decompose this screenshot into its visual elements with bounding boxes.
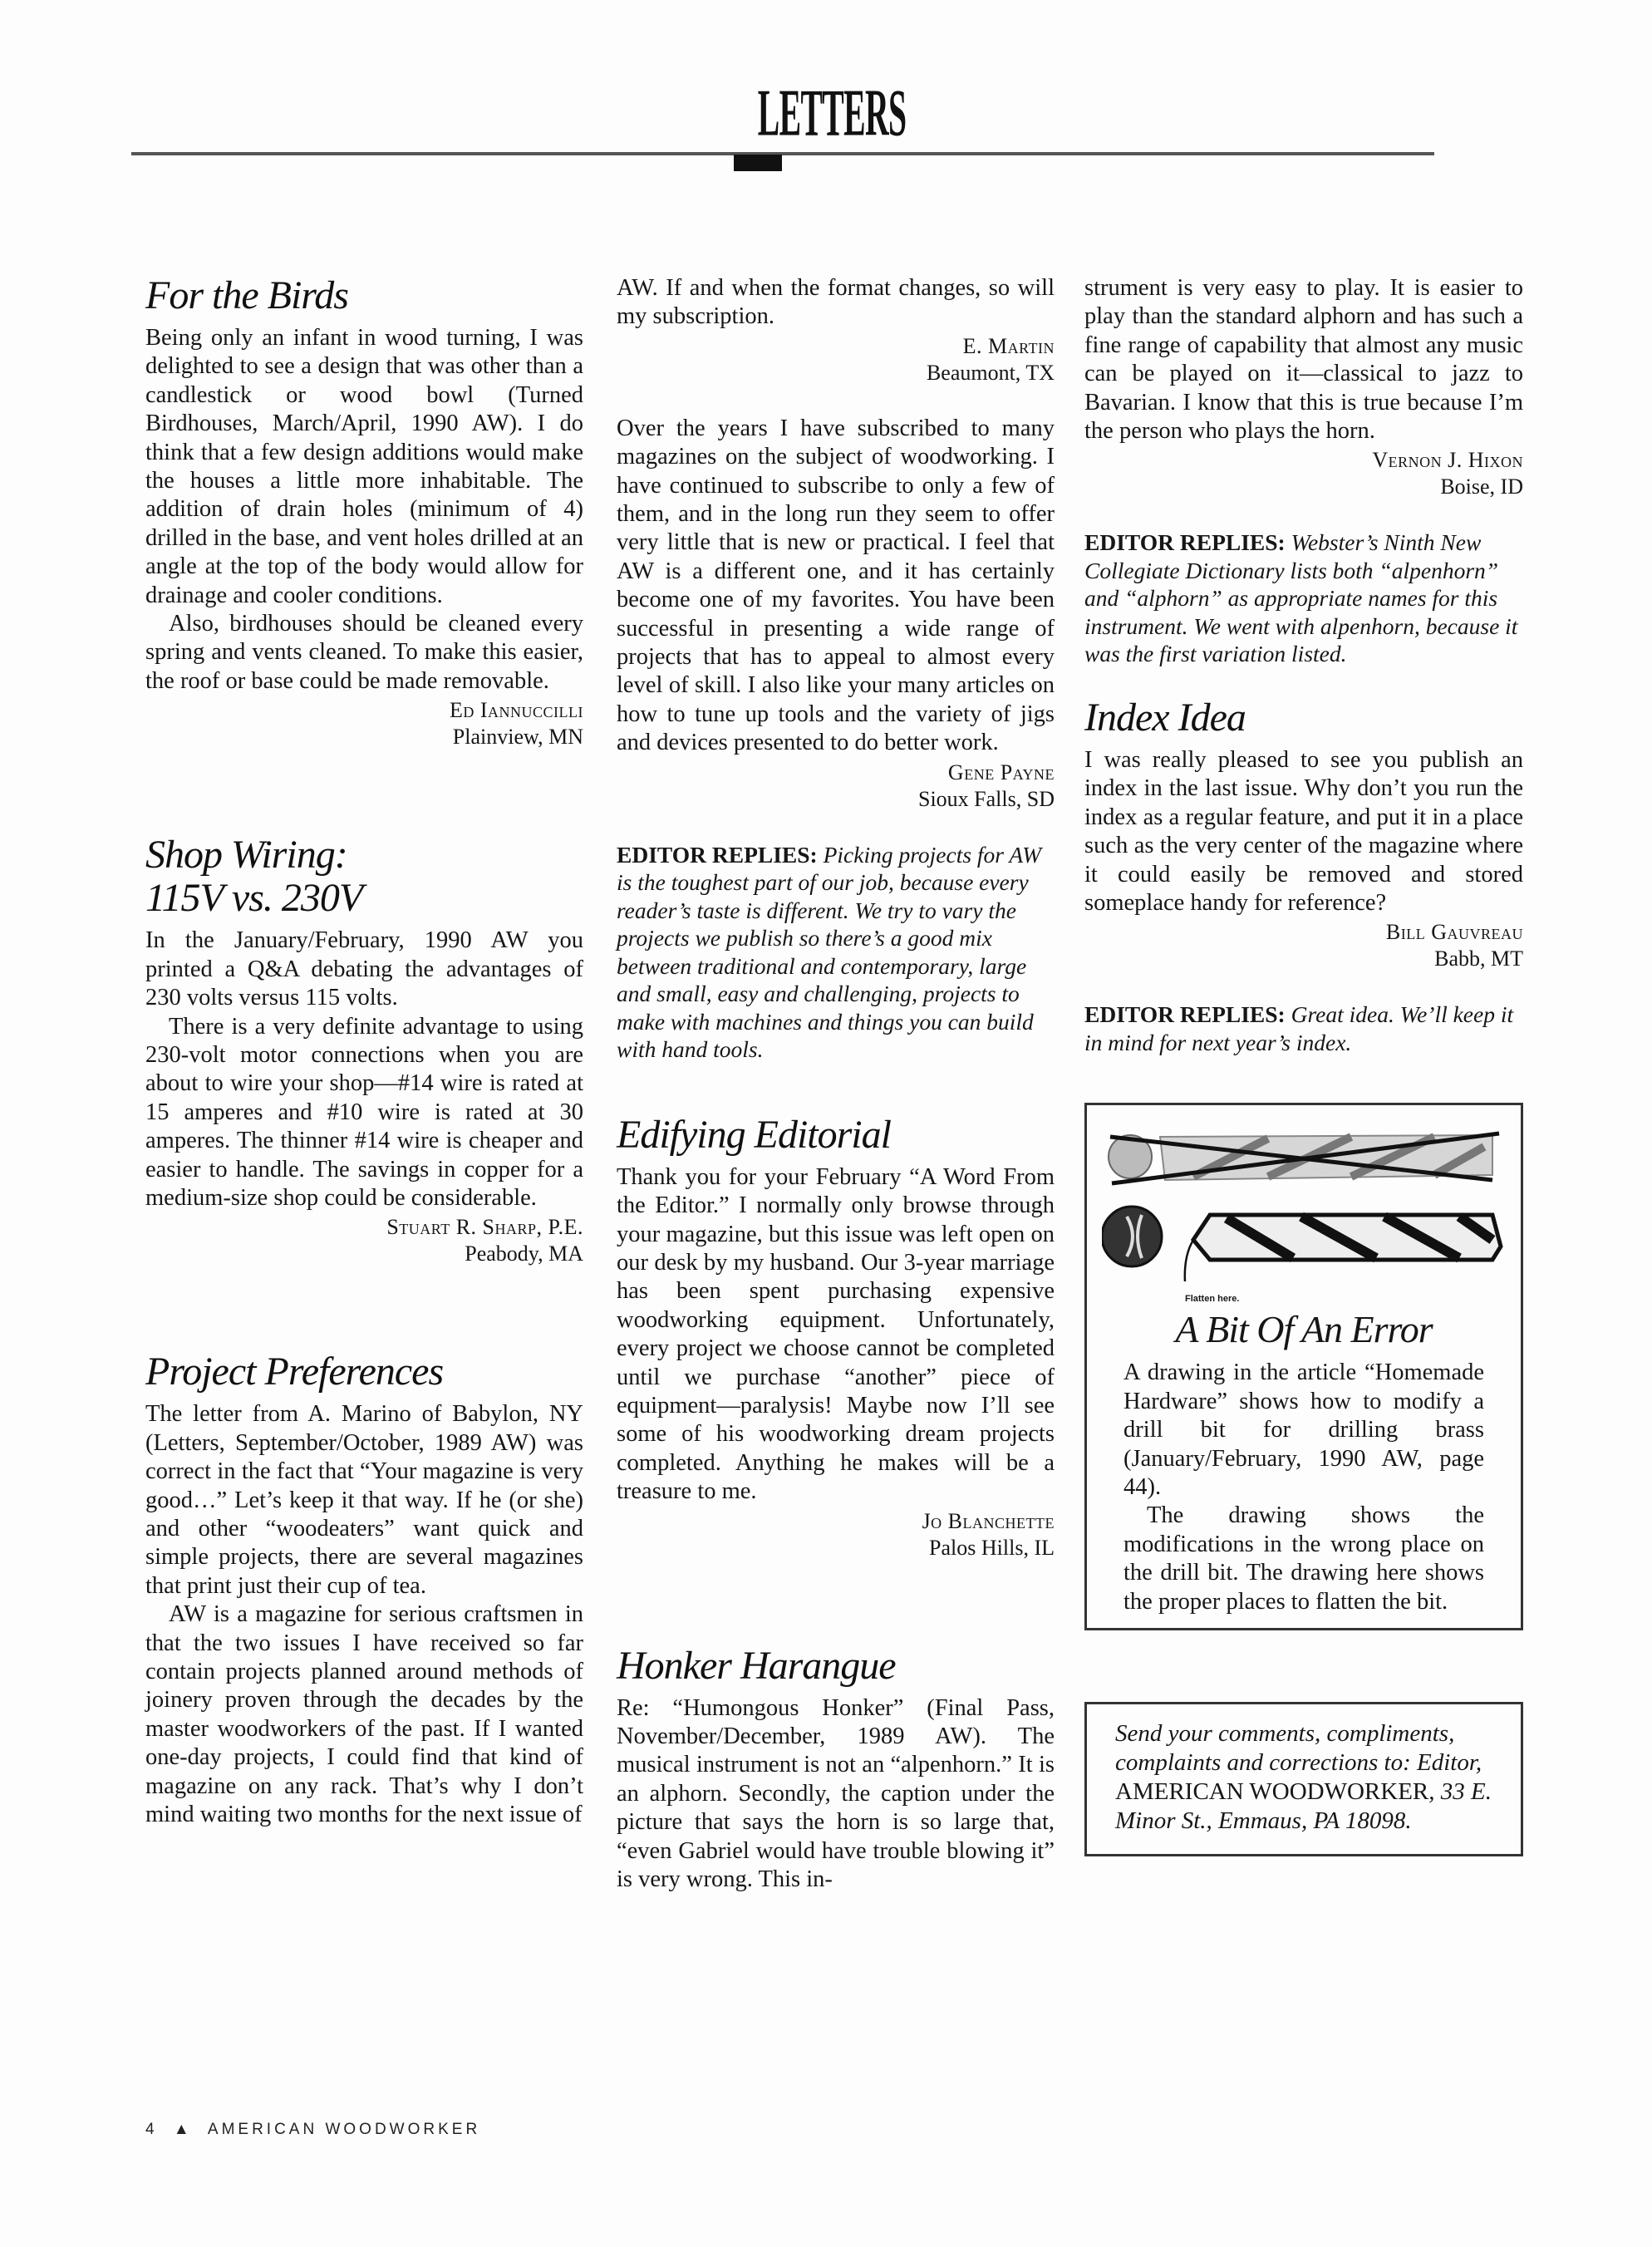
letter-paragraph: I was really pleased to see you publish … (1084, 746, 1523, 917)
author-location: Beaumont, TX (617, 360, 1055, 386)
author-location: Sioux Falls, SD (617, 786, 1055, 813)
erratum-paragraph: A drawing in the article “Homemade Hardw… (1102, 1359, 1506, 1502)
letter-edifying-editorial: Edifying Editorial Thank you for your Fe… (617, 1114, 1055, 1561)
author-name: Vernon J. Hixon (1084, 447, 1523, 474)
editor-reply: EDITOR REPLIES: Picking projects for AW … (617, 841, 1055, 1064)
author-name: Jo Blanchette (617, 1508, 1055, 1535)
masthead-rule-divider (131, 152, 1434, 155)
author-location: Palos Hills, IL (617, 1535, 1055, 1561)
letter-honker-harangue: Honker Harangue Re: “Humongous Honker” (… (617, 1645, 1055, 1895)
column-2: AW. If and when the format changes, so w… (617, 274, 1055, 1894)
letter-signature: Ed Iannuccilli Plainview, MN (145, 697, 583, 750)
letter-paragraph: In the January/February, 1990 AW you pri… (145, 927, 583, 1012)
author-location: Babb, MT (1084, 946, 1523, 972)
publication-name: AMERICAN WOODWORKER (208, 2121, 480, 2138)
letter-heading: Project Preferences (145, 1350, 583, 1394)
author-name: Gene Payne (617, 760, 1055, 786)
magazine-name: AMERICAN WOODWORKER (1115, 1778, 1428, 1805)
letter-signature: Jo Blanchette Palos Hills, IL (617, 1508, 1055, 1561)
page-number: 4 (145, 2121, 158, 2138)
send-comments-box: Send your comments, compliments, complai… (1084, 1702, 1523, 1856)
masthead-tab-marker (734, 155, 782, 171)
drill-bit-incorrect-icon (1109, 1133, 1499, 1183)
letter-paragraph: AW. If and when the format changes, so w… (617, 274, 1055, 332)
letter-signature: Stuart R. Sharp, P.E. Peabody, MA (145, 1214, 583, 1267)
letter-over-the-years: Over the years I have subscribed to many… (617, 415, 1055, 813)
editor-reply: EDITOR REPLIES: Webster’s Ninth New Coll… (1084, 529, 1523, 668)
letter-signature: Bill Gauvreau Babb, MT (1084, 919, 1523, 972)
triangle-icon: ▲ (174, 2121, 193, 2139)
letter-paragraph: Re: “Humongous Honker” (Final Pass, Nove… (617, 1694, 1055, 1895)
letter-for-the-birds: For the Birds Being only an infant in wo… (145, 274, 583, 750)
letter-project-preferences: Project Preferences The letter from A. M… (145, 1350, 583, 1829)
letter-heading: Index Idea (1084, 696, 1523, 740)
erratum-title: A Bit Of An Error (1102, 1307, 1506, 1352)
letter-paragraph: Being only an infant in wood turning, I … (145, 324, 583, 610)
editor-reply-label: EDITOR REPLIES: (617, 842, 818, 868)
illustration-callout-label: Flatten here. (1185, 1294, 1506, 1304)
letter-heading: For the Birds (145, 274, 583, 317)
column-3: strument is very easy to play. It is eas… (1084, 274, 1523, 1856)
letter-project-preferences-continued: AW. If and when the format changes, so w… (617, 274, 1055, 386)
letter-signature: Vernon J. Hixon Boise, ID (1084, 447, 1523, 500)
letter-heading: Shop Wiring: 115V vs. 230V (145, 833, 583, 920)
letters-heading: LETTERS (758, 80, 907, 146)
author-location: Peabody, MA (145, 1241, 583, 1267)
letter-index-idea: Index Idea I was really pleased to see y… (1084, 696, 1523, 972)
editor-reply: EDITOR REPLIES: Great idea. We’ll keep i… (1084, 1001, 1523, 1056)
letter-heading: Honker Harangue (617, 1645, 1055, 1688)
author-name: Bill Gauvreau (1084, 919, 1523, 946)
author-name: E. Martin (617, 333, 1055, 360)
heading-line-1: Shop Wiring: (145, 833, 347, 877)
letter-paragraph: strument is very easy to play. It is eas… (1084, 274, 1523, 445)
send-comments-intro: Send your comments, compliments, complai… (1115, 1720, 1482, 1776)
erratum-paragraph: The drawing shows the modifications in t… (1102, 1502, 1506, 1616)
drill-bit-correct-icon (1102, 1207, 1501, 1281)
page-footer: 4 ▲ AMERICAN WOODWORKER (145, 2121, 480, 2139)
letter-paragraph: Thank you for your February “A Word From… (617, 1163, 1055, 1507)
letter-heading: Edifying Editorial (617, 1114, 1055, 1157)
letter-paragraph: AW is a magazine for serious craftsmen i… (145, 1600, 583, 1829)
author-location: Plainview, MN (145, 724, 583, 750)
column-1: For the Birds Being only an infant in wo… (145, 274, 583, 1829)
heading-line-2: 115V vs. 230V (145, 876, 362, 920)
author-name: Ed Iannuccilli (145, 697, 583, 724)
letter-paragraph: Over the years I have subscribed to many… (617, 415, 1055, 758)
letter-shop-wiring: Shop Wiring: 115V vs. 230V In the Januar… (145, 833, 583, 1267)
erratum-box: Flatten here. A Bit Of An Error A drawin… (1084, 1103, 1523, 1630)
letter-signature: Gene Payne Sioux Falls, SD (617, 760, 1055, 813)
author-name: Stuart R. Sharp, P.E. (145, 1214, 583, 1241)
editor-reply-text: Picking projects for AW is the toughest … (617, 842, 1041, 1063)
letter-honker-harangue-continued: strument is very easy to play. It is eas… (1084, 274, 1523, 500)
drill-bit-illustration (1102, 1123, 1506, 1290)
letter-paragraph: There is a very definite advantage to us… (145, 1013, 583, 1213)
letter-paragraph: Also, birdhouses should be cleaned every… (145, 610, 583, 696)
send-comments-text: Send your comments, compliments, complai… (1115, 1719, 1496, 1836)
editor-reply-label: EDITOR REPLIES: (1084, 1001, 1286, 1027)
page-section-title: LETTERS (745, 80, 919, 146)
editor-reply-label: EDITOR REPLIES: (1084, 529, 1286, 555)
letter-paragraph: The letter from A. Marino of Babylon, NY… (145, 1400, 583, 1600)
letter-signature: E. Martin Beaumont, TX (617, 333, 1055, 386)
author-location: Boise, ID (1084, 474, 1523, 500)
